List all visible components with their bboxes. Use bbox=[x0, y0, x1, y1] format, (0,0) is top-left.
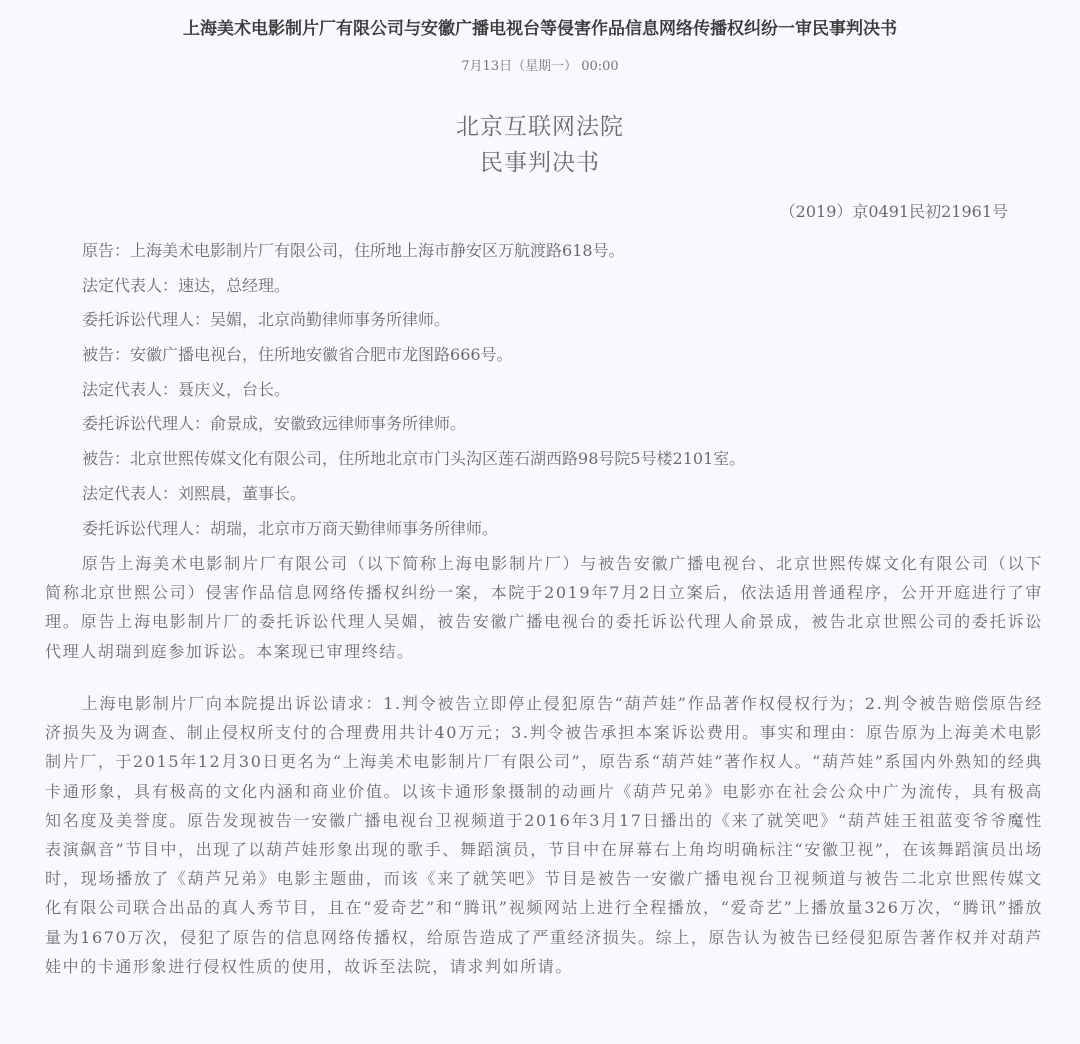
court-name: 北京互联网法院 bbox=[0, 108, 1080, 141]
publish-date: 7月13日（星期一） 00:00 bbox=[0, 55, 1080, 74]
party-line-defendant-1-agent: 委托诉讼代理人：俞景成，安徽致远律师事务所律师。 bbox=[82, 413, 1042, 448]
party-line-plaintiff: 原告：上海美术电影制片厂有限公司，住所地上海市静安区万航渡路618号。 bbox=[82, 240, 1042, 275]
party-label: 委托诉讼代理人： bbox=[82, 519, 210, 538]
party-text: 北京世熙传媒文化有限公司，住所地北京市门头沟区莲石湖西路98号院5号楼2101室… bbox=[130, 449, 745, 468]
party-label: 委托诉讼代理人： bbox=[82, 310, 210, 329]
party-text: 俞景成，安徽致远律师事务所律师。 bbox=[210, 414, 466, 433]
party-line-defendant-2-representative: 法定代表人：刘熙晨，董事长。 bbox=[82, 483, 1042, 518]
party-text: 胡瑞，北京市万商天勤律师事务所律师。 bbox=[210, 519, 498, 538]
paragraph-case-summary: 原告上海美术电影制片厂有限公司（以下简称上海电影制片厂）与被告安徽广播电视台、北… bbox=[45, 549, 1043, 666]
case-number: （2019）京0491民初21961号 bbox=[780, 199, 1008, 222]
party-label: 法定代表人： bbox=[82, 484, 178, 503]
party-label: 法定代表人： bbox=[82, 276, 178, 295]
party-text: 速达，总经理。 bbox=[178, 276, 290, 295]
party-label: 被告： bbox=[82, 345, 130, 364]
party-label: 原告： bbox=[82, 241, 130, 260]
party-text: 上海美术电影制片厂有限公司，住所地上海市静安区万航渡路618号。 bbox=[130, 241, 625, 260]
party-text: 吴媚，北京尚勤律师事务所律师。 bbox=[210, 310, 450, 329]
party-line-defendant-1-representative: 法定代表人：聂庆义，台长。 bbox=[82, 379, 1042, 414]
party-text: 安徽广播电视台，住所地安徽省合肥市龙图路666号。 bbox=[130, 345, 513, 364]
paragraph-plaintiff-claims: 上海电影制片厂向本院提出诉讼请求：1.判令被告立即停止侵犯原告“葫芦娃”作品著作… bbox=[45, 689, 1043, 981]
party-label: 被告： bbox=[82, 449, 130, 468]
party-line-defendant-2: 被告：北京世熙传媒文化有限公司，住所地北京市门头沟区莲石湖西路98号院5号楼21… bbox=[82, 448, 1042, 483]
party-label: 委托诉讼代理人： bbox=[82, 414, 210, 433]
party-line-defendant-2-agent: 委托诉讼代理人：胡瑞，北京市万商天勤律师事务所律师。 bbox=[82, 518, 1042, 553]
party-list: 原告：上海美术电影制片厂有限公司，住所地上海市静安区万航渡路618号。 法定代表… bbox=[82, 240, 1042, 552]
party-line-plaintiff-agent: 委托诉讼代理人：吴媚，北京尚勤律师事务所律师。 bbox=[82, 309, 1042, 344]
article-title: 上海美术电影制片厂有限公司与安徽广播电视台等侵害作品信息网络传播权纠纷一审民事判… bbox=[0, 14, 1080, 39]
party-label: 法定代表人： bbox=[82, 380, 178, 399]
party-text: 刘熙晨，董事长。 bbox=[178, 484, 306, 503]
party-line-defendant-1: 被告：安徽广播电视台，住所地安徽省合肥市龙图路666号。 bbox=[82, 344, 1042, 379]
party-text: 聂庆义，台长。 bbox=[178, 380, 290, 399]
party-line-plaintiff-representative: 法定代表人：速达，总经理。 bbox=[82, 275, 1042, 310]
document-type: 民事判决书 bbox=[0, 144, 1080, 177]
